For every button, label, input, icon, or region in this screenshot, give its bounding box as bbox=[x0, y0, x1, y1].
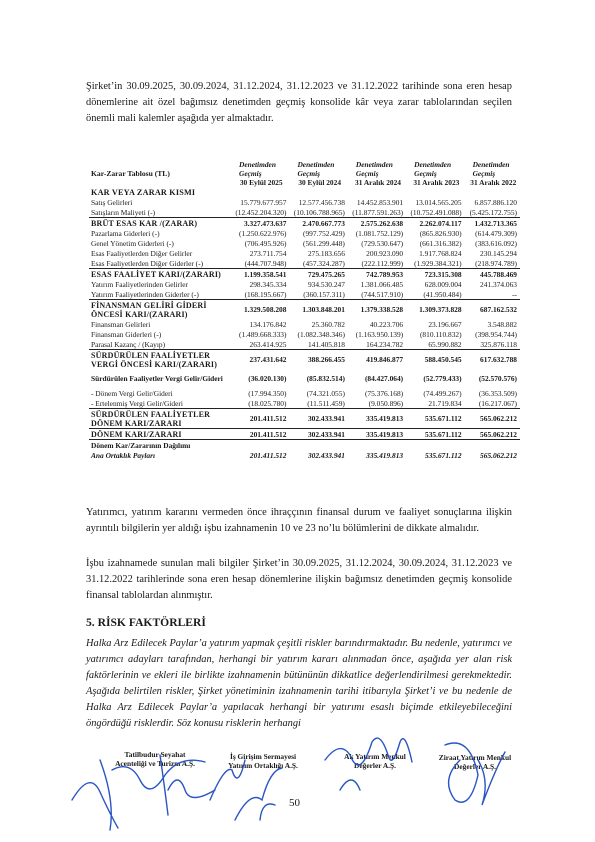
page-number: 50 bbox=[289, 797, 300, 809]
handwritten-signatures bbox=[0, 0, 595, 842]
